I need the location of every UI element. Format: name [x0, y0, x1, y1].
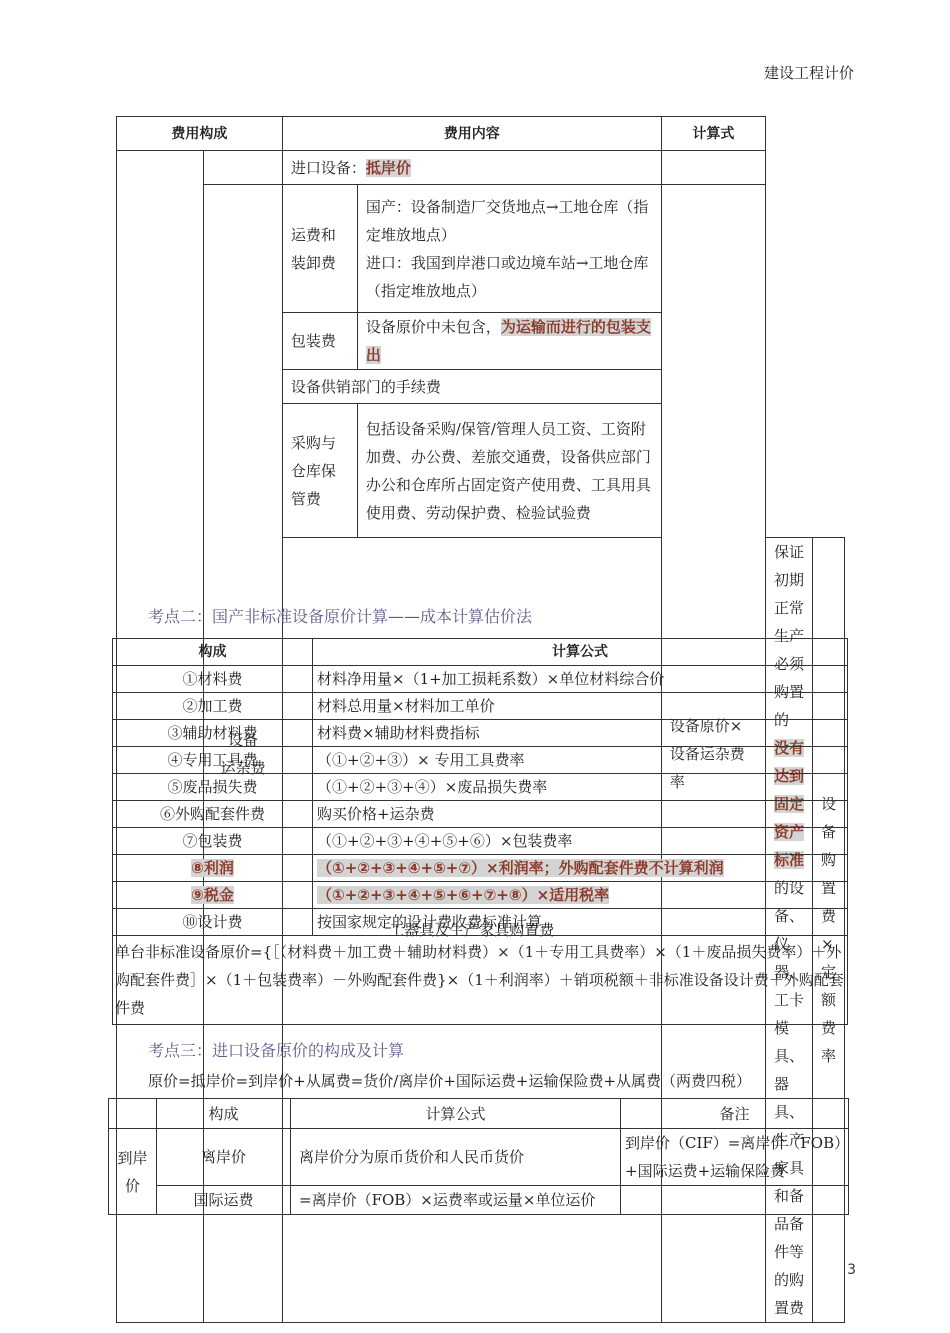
summary-formula: 单台非标准设备原价={［（材料费＋加工费＋辅助材料费）×（1＋专用工具费率）×（… [113, 936, 848, 1025]
table-row-highlighted: ⑨税金（①+②+③+④+⑤+⑥+⑦+⑧）×适用税率 [113, 882, 848, 909]
handling-fee: 设备供销部门的手续费 [282, 370, 661, 404]
header-note: 备注 [621, 1099, 849, 1129]
empty-header [109, 1099, 157, 1129]
document-header-title: 建设工程计价 [764, 62, 854, 83]
header-cost-content: 费用内容 [282, 117, 661, 151]
header-calc-formula: 计算公式 [313, 639, 848, 666]
table-row: ⑩设计费按国家规定的设计费收费标准计算 [113, 909, 848, 936]
header-composition: 构成 [113, 639, 313, 666]
import-price-formula: 原价=抵岸价=到岸价+从属费=货价/离岸价+国际运费+运输保险费+从属费（两费四… [148, 1070, 751, 1091]
header-cost-composition: 费用构成 [117, 117, 283, 151]
table-row: ①材料费材料净用量×（1+加工损耗系数）×单位材料综合价 [113, 666, 848, 693]
table-row: ⑥外购配套件费购买价格+运杂费 [113, 801, 848, 828]
empty-cell [204, 151, 282, 185]
table-row-highlighted: ⑧利润（①+②+③+④+⑤+⑦）×利润率；外购配套件费不计算利润 [113, 855, 848, 882]
table-row: ⑤废品损失费（①+②+③+④）×废品损失费率 [113, 774, 848, 801]
highlight-text: 抵岸价 [366, 159, 411, 177]
header-composition: 构成 [157, 1099, 291, 1129]
section-heading-2: 考点二：国产非标准设备原价计算——成本计算估价法 [148, 604, 532, 627]
header-calc-formula: 计算公式 [291, 1099, 621, 1129]
import-equipment-table: 构成 计算公式 备注 到岸价 离岸价 离岸价分为原币货价和人民币货价 到岸价（C… [108, 1098, 849, 1215]
transport-label: 运费和装卸费 [282, 185, 357, 313]
import-equipment-cell: 进口设备：抵岸价 [282, 151, 661, 185]
table-row: ②加工费材料总用量×材料加工单价 [113, 693, 848, 720]
storage-label: 采购与仓库保管费 [282, 404, 357, 538]
packing-content: 设备原价中未包含，为运输而进行的包装支出 [357, 313, 661, 370]
cif-group-label: 到岸价 [109, 1129, 157, 1215]
header-formula: 计算式 [661, 117, 765, 151]
table-row: ④专用工具费（①+②+③）× 专用工具费率 [113, 747, 848, 774]
packing-label: 包装费 [282, 313, 357, 370]
section-heading-3: 考点三：进口设备原价的构成及计算 [148, 1038, 404, 1061]
table-row: ③辅助材料费材料费×辅助材料费指标 [113, 720, 848, 747]
empty-cell [661, 151, 765, 185]
table-row: ⑦包装费（①+②+③+④+⑤+⑥）×包装费率 [113, 828, 848, 855]
storage-content: 包括设备采购/保管/管理人员工资、工资附加费、办公费、差旅交通费，设备供应部门办… [357, 404, 661, 538]
page-number: 3 [847, 1262, 856, 1278]
nonstandard-equipment-table: 构成 计算公式 ①材料费材料净用量×（1+加工损耗系数）×单位材料综合价 ②加工… [112, 638, 848, 1025]
transport-content: 国产：设备制造厂交货地点→工地仓库（指定堆放地点）进口：我国到岸港口或边境车站→… [357, 185, 661, 313]
